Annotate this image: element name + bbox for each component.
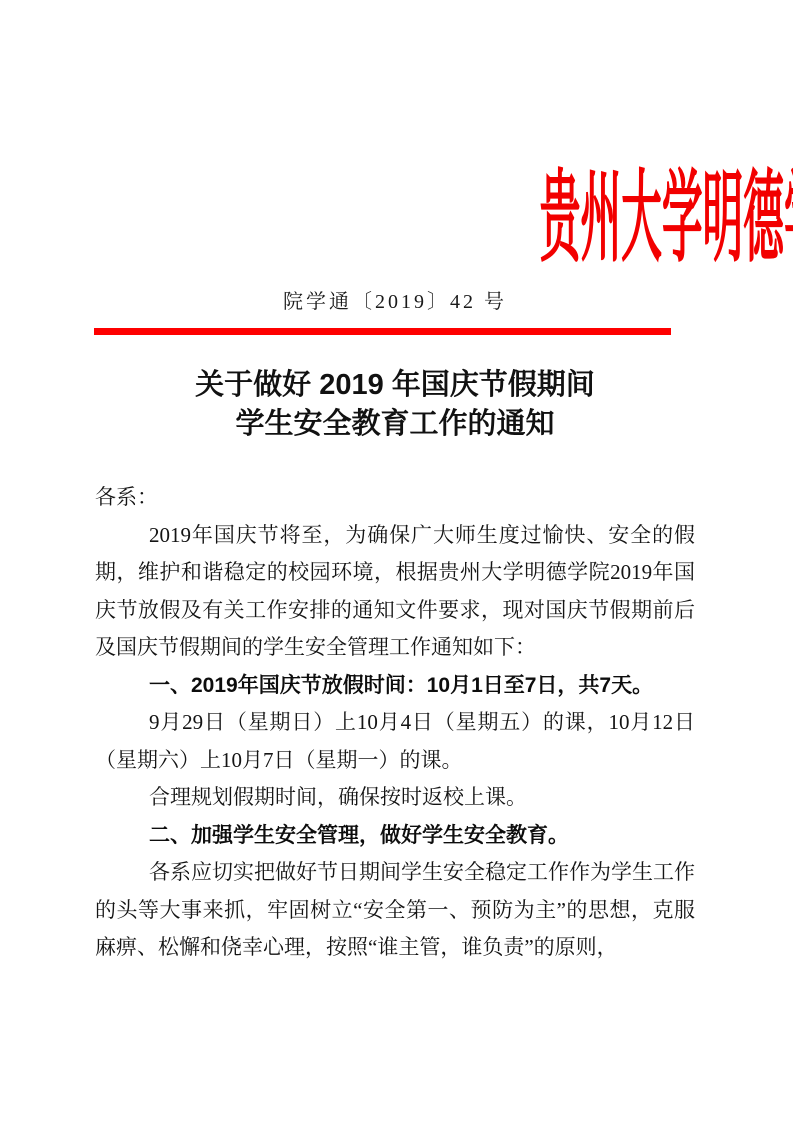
red-divider-line xyxy=(94,328,671,335)
document-number: 院学通〔2019〕42 号 xyxy=(95,289,695,315)
paragraph-makeup-classes: 9月29日（星期日）上10月4日（星期五）的课，10月12日（星期六）上10月7… xyxy=(95,704,695,779)
document-title-line1: 关于做好 2019 年国庆节假期间 xyxy=(95,366,695,405)
letterhead: 贵州大学明德学院学生工作处文件 xyxy=(95,163,695,275)
paragraph-intro: 2019年国庆节将至，为确保广大师生度过愉快、安全的假期，维护和谐稳定的校园环境… xyxy=(95,517,695,667)
paragraph-safety-management: 各系应切实把做好节日期间学生安全稳定工作作为学生工作的头等大事来抓，牢固树立“安… xyxy=(95,854,695,967)
document-title-line2: 学生安全教育工作的通知 xyxy=(95,405,695,444)
paragraph-return-on-time: 合理规划假期时间，确保按时返校上课。 xyxy=(95,779,695,817)
paragraph-section-1-heading: 一、2019年国庆节放假时间：10月1日至7日，共7天。 xyxy=(95,667,695,705)
paragraph-section-2-heading: 二、加强学生安全管理，做好学生安全教育。 xyxy=(95,817,695,855)
document-title: 关于做好 2019 年国庆节假期间 学生安全教育工作的通知 xyxy=(95,366,695,444)
document-page: 贵州大学明德学院学生工作处文件 院学通〔2019〕42 号 关于做好 2019 … xyxy=(0,0,793,1122)
document-body: 各系： 2019年国庆节将至，为确保广大师生度过愉快、安全的假期，维护和谐稳定的… xyxy=(95,479,695,967)
salutation: 各系： xyxy=(95,479,695,517)
letterhead-org-title: 贵州大学明德学院学生工作处文件 xyxy=(540,163,793,275)
